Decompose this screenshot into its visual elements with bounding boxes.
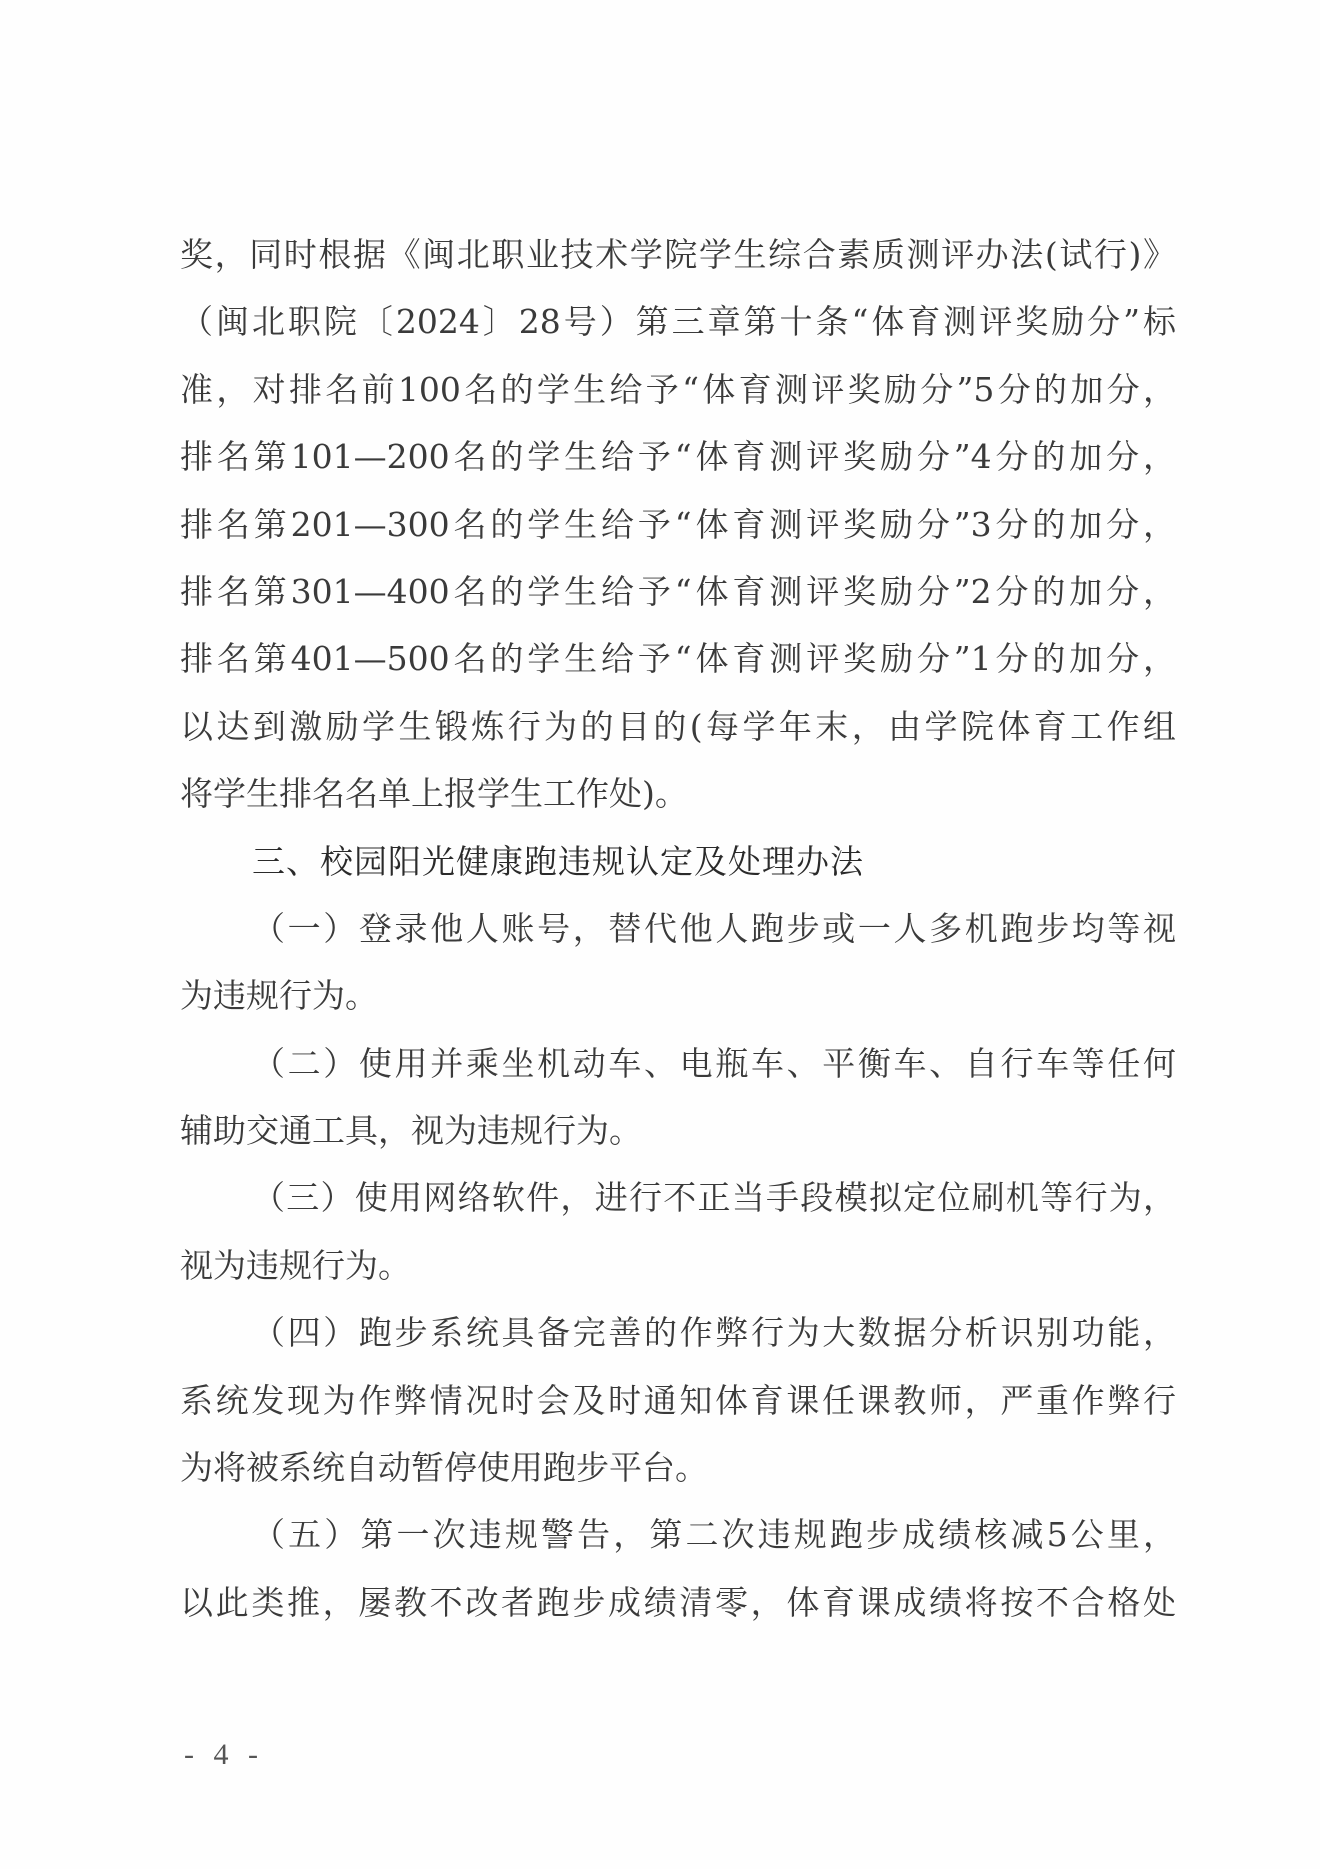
document-body: 奖，同时根据《闽北职业技术学院学生综合素质测评办法(试行)》 （闽北职院〔202… [180, 221, 1176, 1636]
clause-4-line: （四）跑步系统具备完善的作弊行为大数据分析识别功能， [180, 1299, 1176, 1366]
section-heading: 三、校园阳光健康跑违规认定及处理办法 [180, 828, 1176, 895]
document-page: 奖，同时根据《闽北职业技术学院学生综合素质测评办法(试行)》 （闽北职院〔202… [0, 0, 1320, 1869]
clause-5-line: 以此类推，屡教不改者跑步成绩清零，体育课成绩将按不合格处 [180, 1569, 1176, 1636]
paragraph-line: 以达到激励学生锻炼行为的目的(每学年末，由学院体育工作组 [180, 693, 1176, 760]
paragraph-line: 排名第201—300名的学生给予“体育测评奖励分”3分的加分， [180, 491, 1176, 558]
clause-4-line: 系统发现为作弊情况时会及时通知体育课任课教师，严重作弊行 [180, 1367, 1176, 1434]
clause-1-line: 为违规行为。 [180, 962, 1176, 1029]
paragraph-line: 奖，同时根据《闽北职业技术学院学生综合素质测评办法(试行)》 [180, 221, 1176, 288]
clause-4-line: 为将被系统自动暂停使用跑步平台。 [180, 1434, 1176, 1501]
clause-3-line: （三）使用网络软件，进行不正当手段模拟定位刷机等行为， [180, 1164, 1176, 1231]
paragraph-line: 排名第401—500名的学生给予“体育测评奖励分”1分的加分， [180, 625, 1176, 692]
clause-2-line: （二）使用并乘坐机动车、电瓶车、平衡车、自行车等任何 [180, 1030, 1176, 1097]
paragraph-line: 排名第301—400名的学生给予“体育测评奖励分”2分的加分， [180, 558, 1176, 625]
clause-3-line: 视为违规行为。 [180, 1232, 1176, 1299]
paragraph-line: 排名第101—200名的学生给予“体育测评奖励分”4分的加分， [180, 423, 1176, 490]
clause-1-line: （一）登录他人账号，替代他人跑步或一人多机跑步均等视 [180, 895, 1176, 962]
paragraph-line: （闽北职院〔2024〕28号）第三章第十条“体育测评奖励分”标 [180, 288, 1176, 355]
page-number: - 4 - [184, 1738, 264, 1772]
paragraph-line: 准，对排名前100名的学生给予“体育测评奖励分”5分的加分， [180, 356, 1176, 423]
clause-5-line: （五）第一次违规警告，第二次违规跑步成绩核减5公里， [180, 1501, 1176, 1568]
paragraph-line: 将学生排名名单上报学生工作处)。 [180, 760, 1176, 827]
clause-2-line: 辅助交通工具，视为违规行为。 [180, 1097, 1176, 1164]
